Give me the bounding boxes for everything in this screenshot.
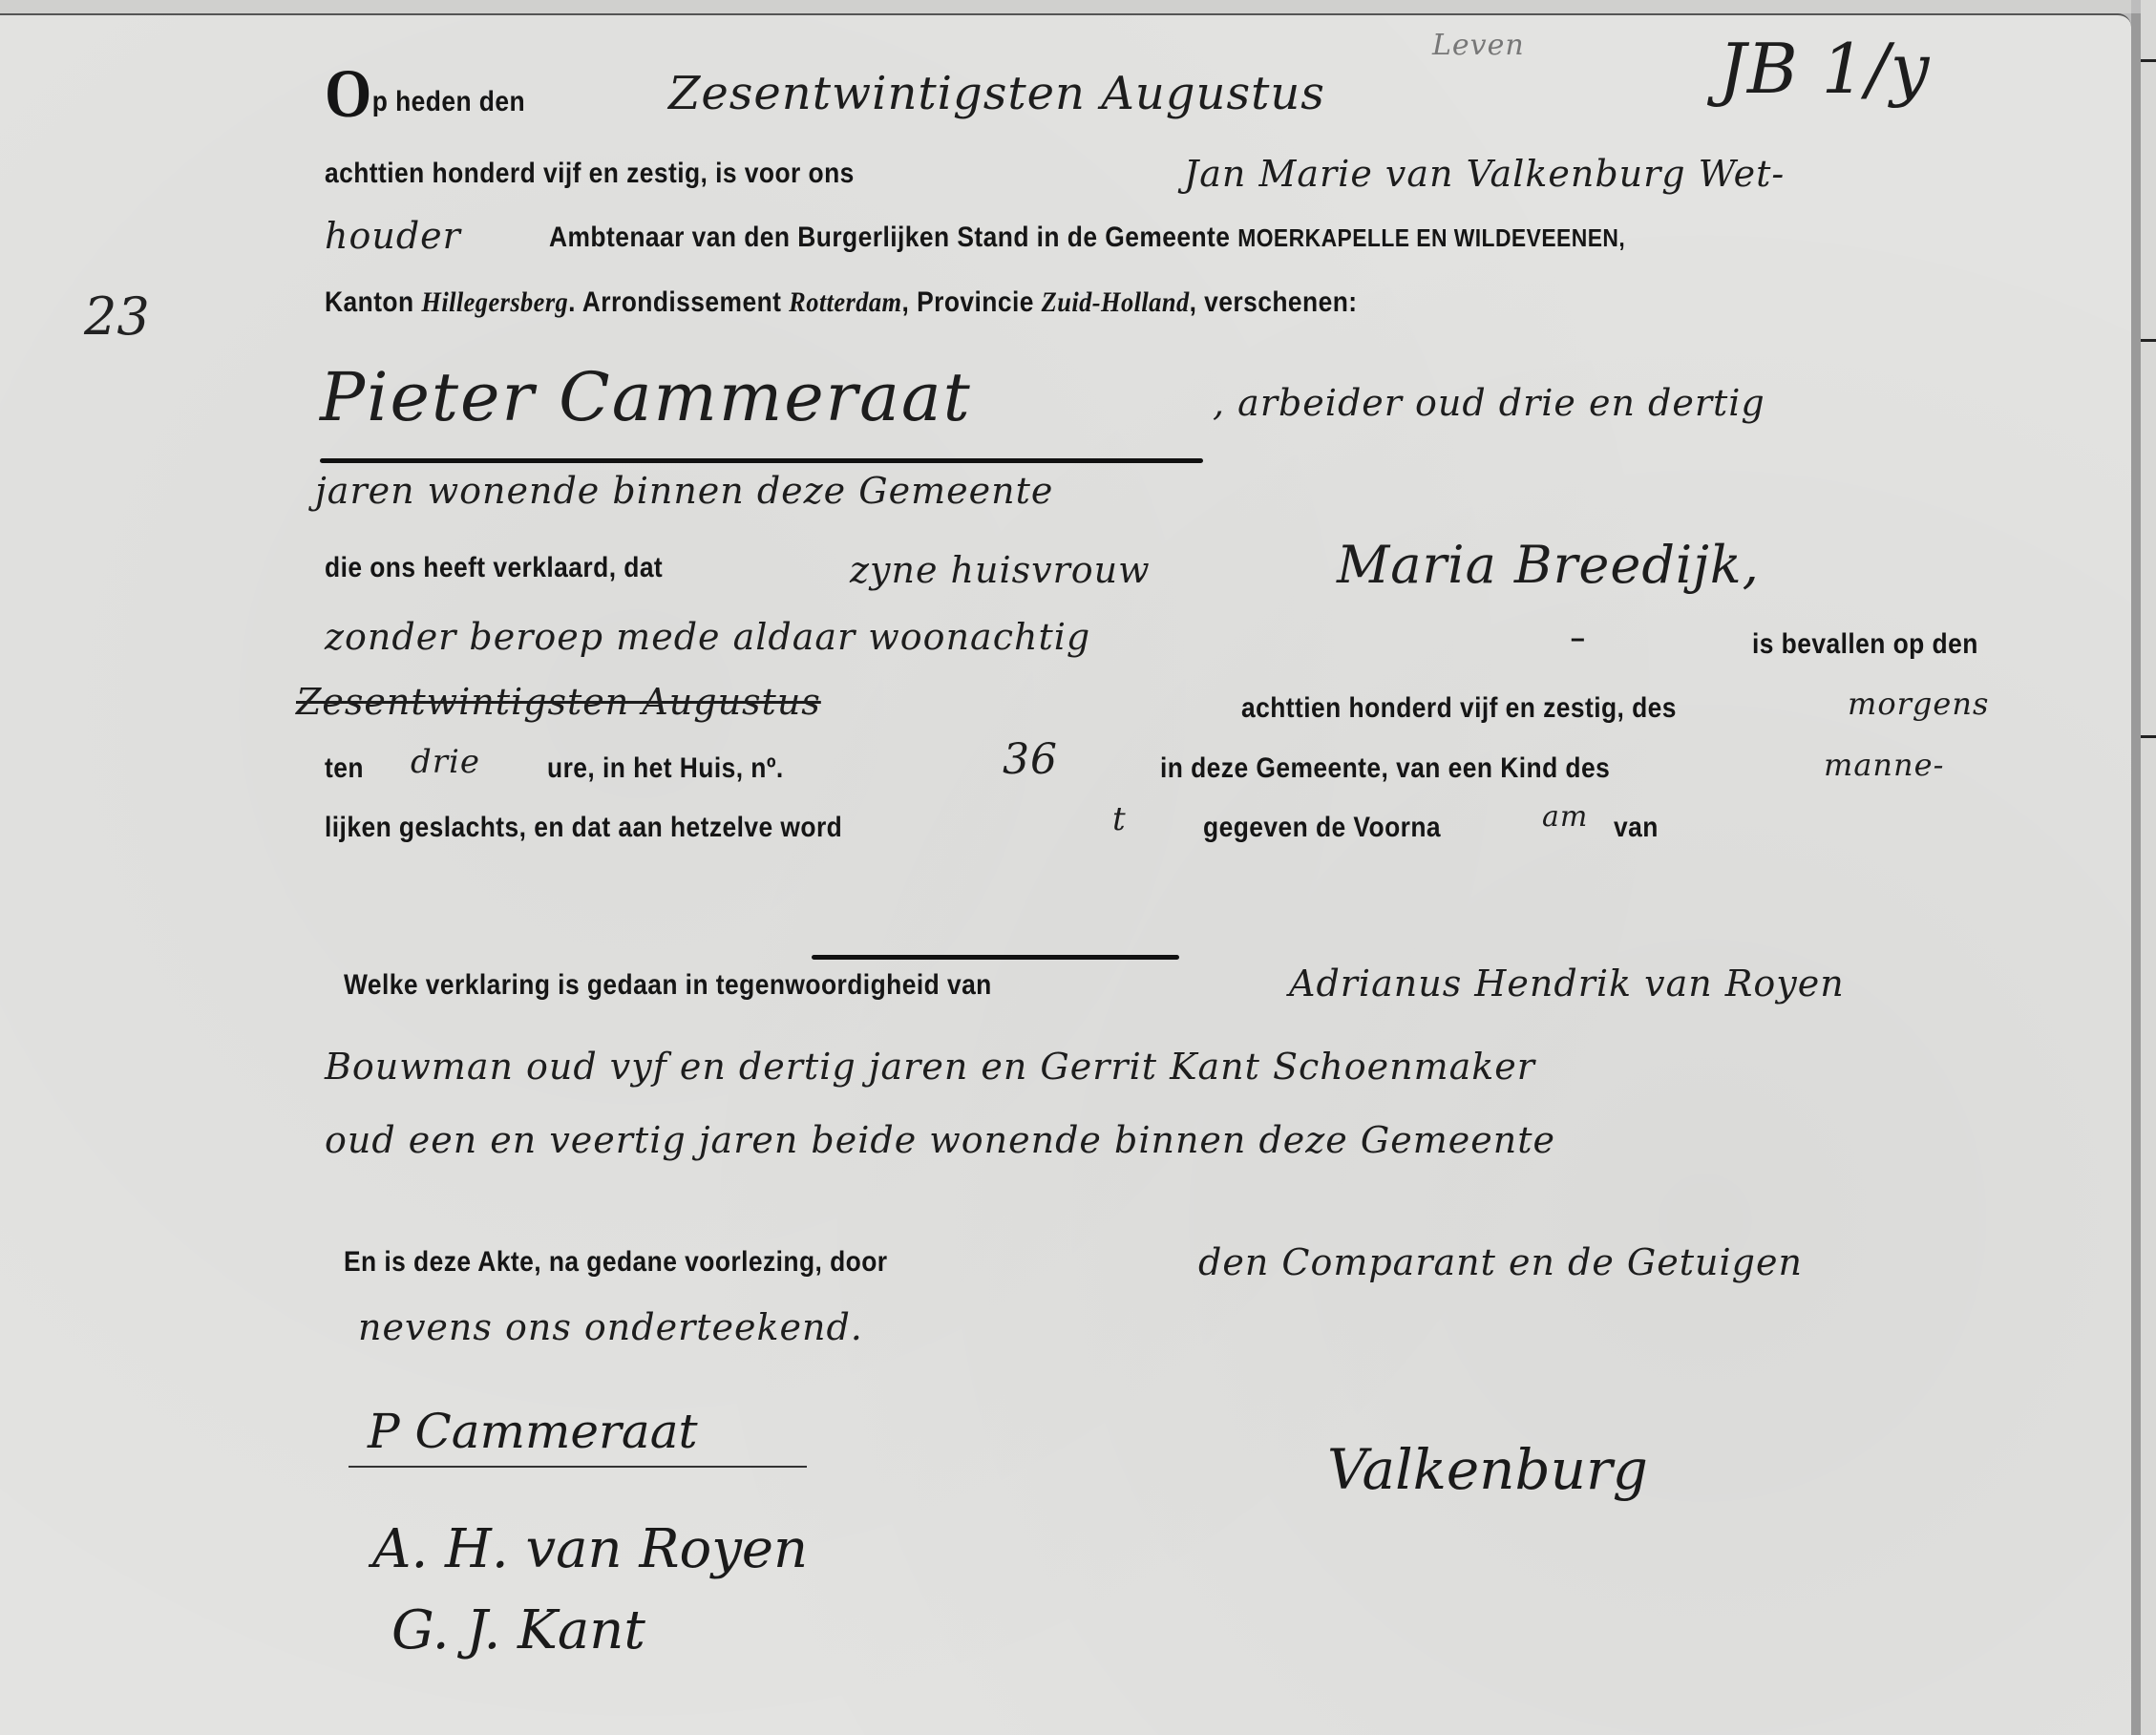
signature-witness-1: A. H. van Royen <box>372 1518 808 1580</box>
municipality: Moerkapelle en Wildeveenen, <box>1237 223 1625 252</box>
line-7-printed: die ons heeft verklaard, dat <box>325 552 663 584</box>
line-2-printed: achttien honderd vijf en zestig, is voor… <box>325 158 855 190</box>
relation-handwritten: zyne huisvrouw <box>850 549 1151 591</box>
declarant-residence: jaren wonende binnen deze Gemeente <box>315 470 1053 512</box>
page-edge-shadow <box>2131 13 2141 1735</box>
kanton: Hillegersberg <box>421 286 568 318</box>
arrondissement: Rotterdam <box>789 286 901 318</box>
line-8-printed: is bevallen op den <box>1752 628 1978 661</box>
decorative-initial: O <box>325 55 372 132</box>
suffix-t: t <box>1112 800 1127 838</box>
signature-rule <box>349 1466 807 1468</box>
mother-details: zonder beroep mede aldaar woonachtig <box>325 616 1090 658</box>
witnesses-details: Bouwman oud vyf en dertig jaren en Gerri… <box>325 1046 1535 1088</box>
line-10-printed-c: in deze Gemeente, van een Kind des <box>1160 752 1610 785</box>
printed-text: p heden den <box>372 86 525 117</box>
signers-handwritten: den Comparant en de Getuigen <box>1198 1241 1803 1283</box>
date-handwritten: Zesentwintigsten Augustus <box>668 67 1325 120</box>
signature-declarant: P Cammeraat <box>368 1404 698 1459</box>
line-4-printed: Kanton Hillegersberg. Arrondissement Rot… <box>325 286 1358 319</box>
adjacent-rule <box>2141 735 2156 738</box>
witness-1-name: Adrianus Hendrik van Royen <box>1289 963 1845 1005</box>
signature-official: Valkenburg <box>1327 1437 1648 1502</box>
document-page <box>0 13 2131 1735</box>
line-15-printed: En is deze Akte, na gedane voorlezing, d… <box>344 1246 888 1279</box>
line-1-printed: Op heden den <box>325 59 525 128</box>
signature-witness-2: G. J. Kant <box>391 1599 645 1661</box>
scan-top-edge <box>0 0 2131 13</box>
declarant-details: , arbeider oud drie en dertig <box>1213 382 1765 424</box>
adjacent-rule <box>2141 339 2156 342</box>
margin-record-number: 23 <box>84 286 150 347</box>
line-11-printed-a: lijken geslachts, en dat aan hetzelve wo… <box>325 812 842 844</box>
birth-hour: drie <box>411 743 480 781</box>
declarant-underline <box>320 458 1203 463</box>
line-9-printed: achttien honderd vijf en zestig, des <box>1241 692 1677 725</box>
printed-text: Kanton <box>325 286 414 318</box>
declarant-name: Pieter Cammeraat <box>320 358 972 436</box>
signed-statement: nevens ons onderteekend. <box>358 1306 863 1348</box>
mother-name: Maria Breedijk, <box>1337 535 1760 595</box>
suffix-am: am <box>1542 800 1588 834</box>
printed-text: . Arrondissement <box>568 286 781 318</box>
printed-text: , verschenen: <box>1190 286 1358 318</box>
printed-text: Ambtenaar van den Burgerlijken Stand in … <box>549 222 1230 253</box>
official-name-handwritten: Jan Marie van Valkenburg Wet- <box>1184 153 1785 195</box>
provincie: Zuid-Holland <box>1042 286 1190 318</box>
top-right-annotation: JB 1/y <box>1719 29 1930 109</box>
line-11-printed-b: gegeven de Voorna <box>1203 812 1441 844</box>
child-sex: manne- <box>1824 747 1944 783</box>
line-12-printed: Welke verklaring is gedaan in tegenwoord… <box>344 969 992 1002</box>
dash: – <box>1571 623 1585 655</box>
adjacent-rule <box>2141 59 2156 62</box>
above-line-note: Leven <box>1432 29 1525 62</box>
time-of-day: morgens <box>1848 686 1989 722</box>
witnesses-residence: oud een en veertig jaren beide wonende b… <box>325 1119 1555 1161</box>
line-3-printed: Ambtenaar van den Burgerlijken Stand in … <box>549 222 1625 254</box>
line-10-printed-a: ten <box>325 752 364 785</box>
adjacent-page-edge <box>2141 0 2156 1735</box>
line-11-printed-c: van <box>1614 812 1659 844</box>
official-title-handwritten: houder <box>325 215 461 257</box>
printed-text: , Provincie <box>902 286 1034 318</box>
child-name-underline <box>812 955 1179 960</box>
house-number: 36 <box>1003 735 1058 784</box>
line-10-printed-b: ure, in het Huis, nº. <box>547 752 784 785</box>
birth-date-handwritten: Zesentwintigsten Augustus <box>296 681 821 723</box>
